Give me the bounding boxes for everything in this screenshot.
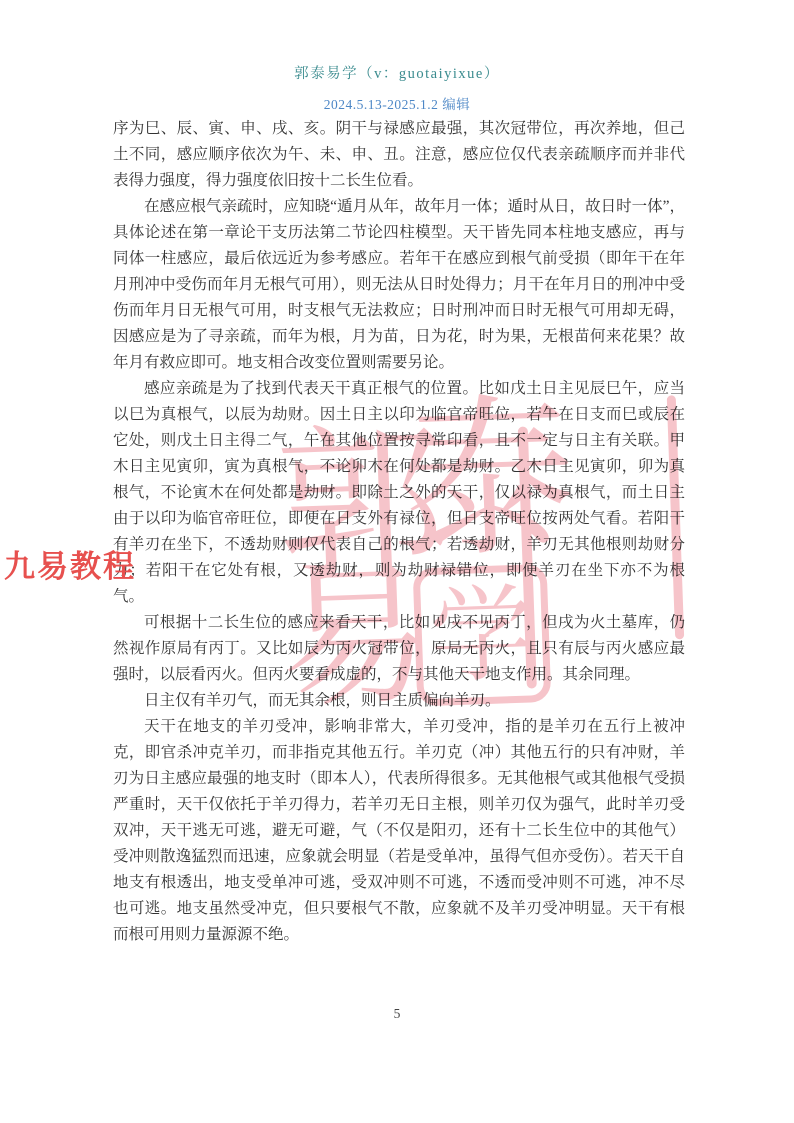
page-number: 5 xyxy=(0,1006,794,1022)
document-header-title: 郭泰易学（v：guotaiyixue） xyxy=(0,62,794,83)
document-header-subtitle: 2024.5.13-2025.1.2 编辑 xyxy=(0,93,794,113)
document-body: 序为巳、辰、寅、申、戌、亥。阴干与禄感应最强，其次冠带位，再次养地，但己土不同，… xyxy=(113,116,685,948)
document-page: 郭泰易学（v：guotaiyixue） 2024.5.13-2025.1.2 编… xyxy=(0,0,794,1123)
paragraph: 天干在地支的羊刃受冲，影响非常大，羊刃受冲，指的是羊刃在五行上被冲克，即官杀冲克… xyxy=(113,714,685,948)
paragraph: 日主仅有羊刃气，而无其余根，则日主质偏向羊刃。 xyxy=(113,688,685,714)
paragraph: 序为巳、辰、寅、申、戌、亥。阴干与禄感应最强，其次冠带位，再次养地，但己土不同，… xyxy=(113,116,685,194)
paragraph: 在感应根气亲疏时，应知晓“遁月从年，故年月一体；遁时从日，故日时一体”，具体论述… xyxy=(113,194,685,376)
paragraph: 感应亲疏是为了找到代表天干真正根气的位置。比如戊土日主见辰巳午，应当以巳为真根气… xyxy=(113,376,685,610)
side-watermark-label: 九易教程 xyxy=(4,541,136,586)
paragraph: 可根据十二长生位的感应来看天干，比如见戌不见丙丁，但戌为火土墓库，仍然视作原局有… xyxy=(113,610,685,688)
